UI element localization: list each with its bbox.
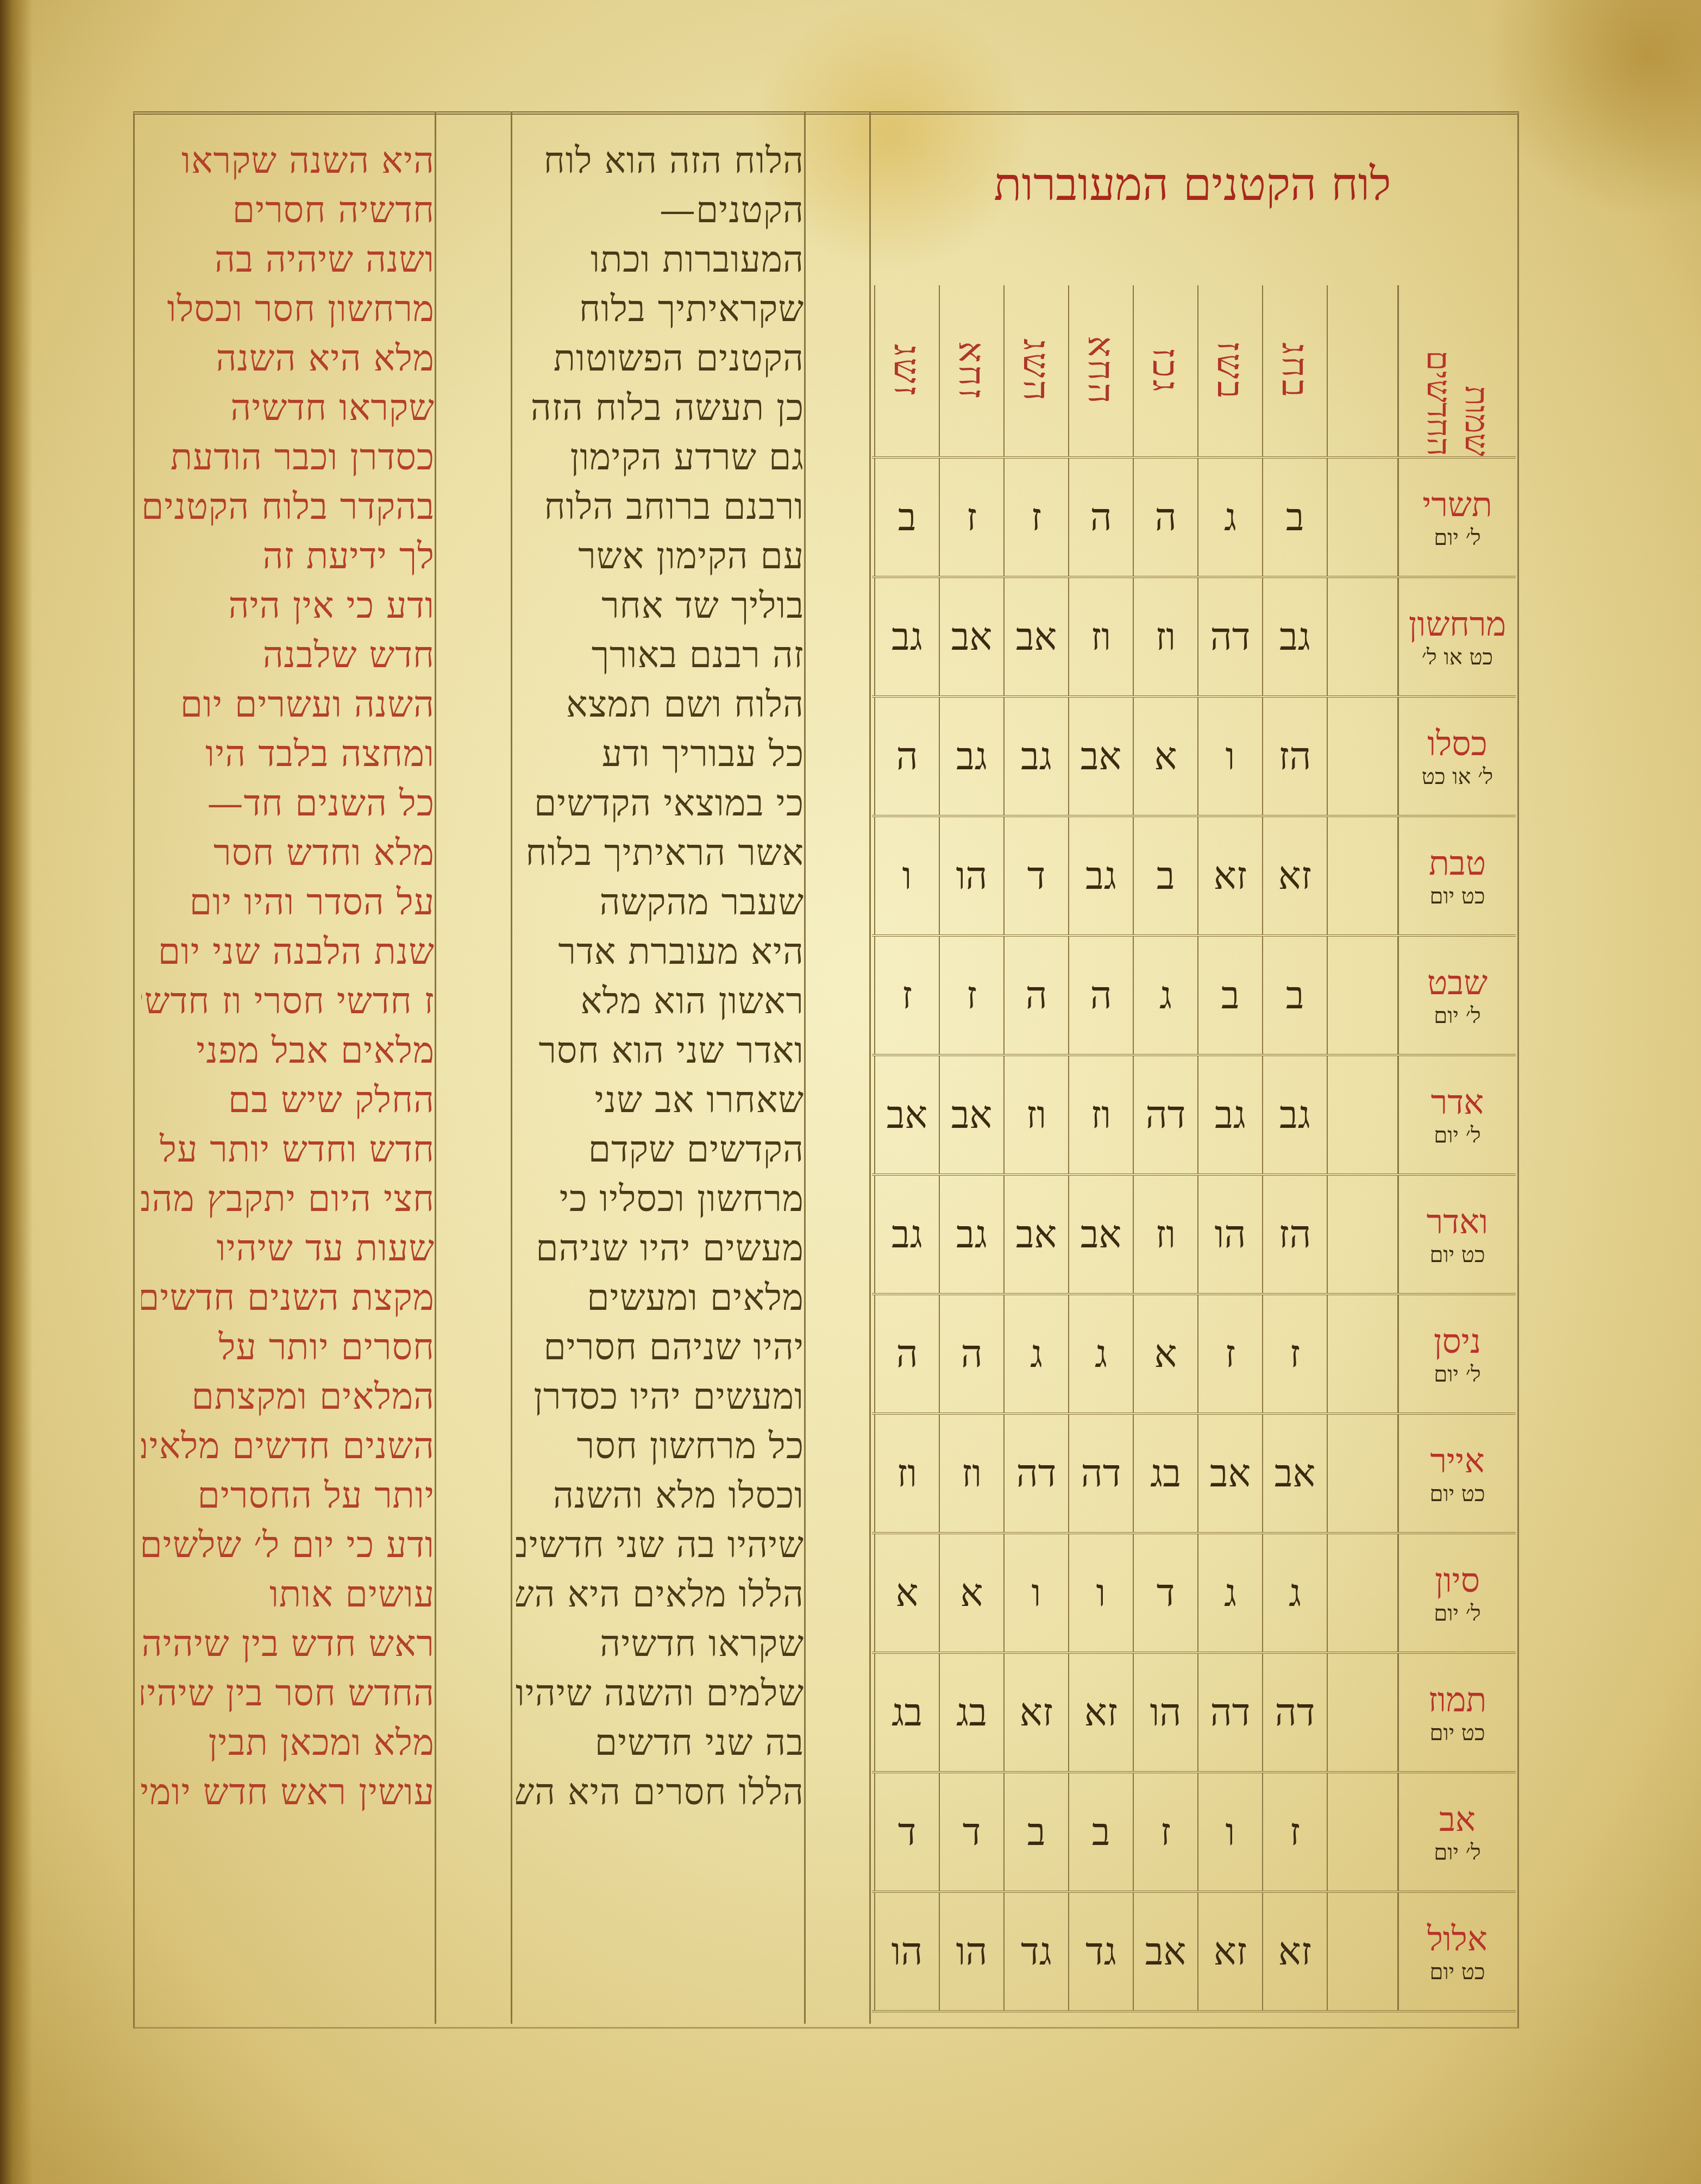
column-header: בחג: [1262, 285, 1327, 456]
text-line: חסרים יותר על: [141, 1322, 435, 1372]
text-line: לך ידיעת זה: [141, 531, 435, 581]
month-name: כסלו: [1427, 724, 1487, 764]
month-cell: תשריל׳ יום: [1397, 459, 1516, 576]
weekday-cell: ג: [1003, 1295, 1068, 1413]
text-line: מלא וחדש חסר: [141, 828, 435, 877]
weekday-cell: הו: [939, 817, 1003, 934]
table-row: טבתכט יוםזאזאבגבדהוו: [872, 817, 1516, 937]
text-line: עושין ראש חדש יומים: [141, 1767, 435, 1817]
weekday-cell: ג: [1133, 937, 1197, 1054]
text-line: ודע כי יום ל׳ שלשים: [141, 1520, 435, 1570]
text-line: כן תעשה בלוח הזה: [516, 383, 804, 432]
month-cell: סיוןל׳ יום: [1397, 1534, 1516, 1652]
weekday-cell: א: [874, 1534, 939, 1652]
month-name: אדר: [1431, 1082, 1484, 1122]
weekday-cell: ו: [1068, 1534, 1133, 1652]
weekday-cell: וז: [1068, 1056, 1133, 1173]
text-line: שאחרו אב שני: [516, 1075, 804, 1125]
weekday-cell: דה: [1133, 1056, 1197, 1173]
weekday-cell: ד: [1133, 1534, 1197, 1652]
table-row: תשריל׳ יוםבגההזזב: [872, 459, 1516, 578]
month-name: טבת: [1429, 843, 1486, 883]
weekday-cell: ד: [1003, 817, 1068, 934]
month-length: כט יום: [1429, 883, 1485, 909]
text-line: מקצת השנים חדשים: [141, 1273, 435, 1322]
middle-text-column: הלוח הזה הוא לוחהקטנים—המעוברות וכתושקרא…: [516, 136, 804, 2048]
month-length: כט יום: [1429, 1481, 1485, 1507]
weekday-cell: הז: [1262, 1176, 1327, 1293]
weekday-cell: וז: [1003, 1056, 1068, 1173]
weekday-cell: בג: [939, 1654, 1003, 1771]
text-line: שלמים והשנה שיהיו: [516, 1668, 804, 1718]
text-line: חדשיה חסרים: [141, 185, 435, 235]
table-row: תמוזכט יוםדהדההוזאזאבגבג: [872, 1654, 1516, 1773]
weekday-cell: הו: [874, 1893, 939, 2010]
weekday-cell: הו: [1197, 1176, 1262, 1293]
column-header: גכז: [1133, 285, 1197, 456]
text-line: שקראו חדשיה: [141, 383, 435, 432]
text-line: עם הקימון אשר: [516, 531, 804, 581]
text-line: החדש חסר בין שיהיה: [141, 1668, 435, 1718]
weekday-cell: גב: [874, 1176, 939, 1293]
weekday-cell: דה: [1262, 1654, 1327, 1771]
month-cell: אבל׳ יום: [1397, 1773, 1516, 1891]
month-length: כט יום: [1429, 1242, 1485, 1267]
table-row: סיוןל׳ יוםגגדוואא: [872, 1534, 1516, 1654]
table-row: מרחשוןכט או ל׳גבדהוזוזאבאבגב: [872, 578, 1516, 698]
month-name: אלול: [1427, 1919, 1487, 1959]
table-row: ניסןל׳ יוםזזאגגהה: [872, 1295, 1516, 1415]
weekday-cell: ג: [1068, 1295, 1133, 1413]
weekday-cell: א: [1133, 1295, 1197, 1413]
table-header-row: שמות החדשים בחג בשז גכז החא השג זחא זשג: [872, 285, 1516, 459]
month-length: ל׳ יום: [1434, 1840, 1480, 1865]
text-line: הלוח הזה הוא לוח: [516, 136, 804, 185]
month-cell: ואדרכט יום: [1397, 1176, 1516, 1293]
text-line: הלוח ושם תמצא: [516, 680, 804, 729]
weekday-cell: ה: [1068, 937, 1133, 1054]
weekday-cell: ז: [1197, 1295, 1262, 1413]
weekday-cell: גב: [939, 698, 1003, 815]
blank-cell: [1327, 1056, 1397, 1173]
weekday-cell: גב: [874, 578, 939, 695]
text-line: ראשון הוא מלא: [516, 976, 804, 1026]
weekday-cell: ה: [874, 698, 939, 815]
text-line: מלא ומכאן תבין: [141, 1718, 435, 1767]
weekday-cell: ג: [1262, 1534, 1327, 1652]
weekday-cell: ד: [939, 1773, 1003, 1891]
text-line: מלא היא השנה: [141, 334, 435, 383]
text-line: חדש וחדש יותר על: [141, 1125, 435, 1174]
text-line: מלאים אבל מפני: [141, 1026, 435, 1075]
text-line: היא מעוברת אדר: [516, 927, 804, 976]
column-header: בשז: [1197, 285, 1262, 456]
text-line: שעות עד שיהיו: [141, 1223, 435, 1273]
text-line: השנה ועשרים יום: [141, 680, 435, 729]
weekday-cell: ב: [874, 459, 939, 576]
text-line: הללו מלאים היא השנה: [516, 1570, 804, 1619]
text-line: ראש חדש בין שיהיה: [141, 1619, 435, 1668]
weekday-cell: אב: [1197, 1415, 1262, 1532]
blank-cell: [1327, 1415, 1397, 1532]
weekday-cell: גב: [1003, 698, 1068, 815]
text-line: זה רבנם באורך: [516, 630, 804, 680]
weekday-cell: גב: [1197, 1056, 1262, 1173]
table-row: כסלול׳ או כטהזואאבגבגבה: [872, 698, 1516, 817]
weekday-cell: ב: [1197, 937, 1262, 1054]
month-cell: איירכט יום: [1397, 1415, 1516, 1532]
blank-cell: [1327, 1176, 1397, 1293]
weekday-cell: ו: [874, 817, 939, 934]
weekday-cell: גד: [1003, 1893, 1068, 2010]
blank-cell: [1327, 1773, 1397, 1891]
month-length: ל׳ יום: [1434, 1003, 1480, 1028]
weekday-cell: ב: [1068, 1773, 1133, 1891]
table-body: תשריל׳ יוםבגההזזבמרחשוןכט או ל׳גבדהוזוזא…: [872, 459, 1516, 2012]
month-length: ל׳ יום: [1434, 1601, 1480, 1626]
blank-cell: [1327, 1534, 1397, 1652]
text-line: עושים אותו: [141, 1570, 435, 1619]
weekday-cell: אב: [1068, 698, 1133, 815]
text-line: בוליך שד אחר: [516, 581, 804, 630]
weekday-cell: אב: [1262, 1415, 1327, 1532]
column-rule: [511, 111, 512, 2024]
month-name: תמוז: [1428, 1680, 1487, 1720]
weekday-cell: ז: [1262, 1295, 1327, 1413]
weekday-cell: הז: [1262, 698, 1327, 815]
text-line: יותר על החסרים: [141, 1471, 435, 1520]
text-line: שיהיו בה שני חדשים: [516, 1520, 804, 1570]
blank-column: [1327, 285, 1397, 456]
weekday-cell: ג: [1197, 1534, 1262, 1652]
text-line: כל השנים חד—: [141, 779, 435, 828]
table-row: אדרל׳ יוםגבגבדהוזוזאבאב: [872, 1056, 1516, 1176]
leap-year-table: שמות החדשים בחג בשז גכז החא השג זחא זשג …: [872, 285, 1516, 2012]
month-cell: מרחשוןכט או ל׳: [1397, 578, 1516, 695]
weekday-cell: אב: [939, 1056, 1003, 1173]
month-length: ל׳ יום: [1434, 1361, 1480, 1387]
weekday-cell: ד: [874, 1773, 939, 1891]
weekday-cell: אב: [1133, 1893, 1197, 2010]
text-line: כסדרן וכבר הודעת: [141, 432, 435, 482]
weekday-cell: ו: [1003, 1534, 1068, 1652]
month-cell: כסלול׳ או כט: [1397, 698, 1516, 815]
left-text-column: היא השנה שקראוחדשיה חסריםושנה שיהיה בהמר…: [141, 136, 435, 2048]
text-line: השנים חדשים מלאים: [141, 1421, 435, 1471]
weekday-cell: דה: [1197, 1654, 1262, 1771]
month-length: כט או ל׳: [1422, 644, 1493, 670]
weekday-cell: וז: [1133, 1176, 1197, 1293]
month-name: תשרי: [1422, 485, 1492, 525]
text-line: אשר הראיתיך בלוח: [516, 828, 804, 877]
text-line: היא השנה שקראו: [141, 136, 435, 185]
blank-cell: [1327, 578, 1397, 695]
weekday-cell: ה: [874, 1295, 939, 1413]
text-line: כל עבוריך ודע: [516, 729, 804, 779]
weekday-cell: גב: [1262, 1056, 1327, 1173]
month-name: ואדר: [1427, 1202, 1488, 1242]
blank-cell: [1327, 817, 1397, 934]
weekday-cell: ב: [1262, 937, 1327, 1054]
text-line: הקטנים—: [516, 185, 804, 235]
month-name: אב: [1439, 1799, 1476, 1840]
weekday-cell: ב: [1003, 1773, 1068, 1891]
month-cell: אדרל׳ יום: [1397, 1056, 1516, 1173]
weekday-cell: ז: [1003, 459, 1068, 576]
table-row: אבל׳ יוםזוזבבדד: [872, 1773, 1516, 1893]
month-cell: טבתכט יום: [1397, 817, 1516, 934]
column-rule: [869, 111, 871, 2024]
weekday-cell: זא: [1197, 1893, 1262, 2010]
weekday-cell: ה: [939, 1295, 1003, 1413]
weekday-cell: ז: [939, 937, 1003, 1054]
text-line: שעבר מהקשה: [516, 877, 804, 927]
weekday-cell: ז: [1133, 1773, 1197, 1891]
weekday-cell: ז: [1262, 1773, 1327, 1891]
table-row: שבטל׳ יוםבבגההזז: [872, 937, 1516, 1056]
weekday-cell: דה: [1068, 1415, 1133, 1532]
weekday-cell: גב: [939, 1176, 1003, 1293]
text-line: המעוברות וכתו: [516, 235, 804, 284]
text-line: חצי היום יתקבץ מהם: [141, 1174, 435, 1223]
month-name: שבט: [1427, 963, 1487, 1003]
blank-cell: [1327, 1654, 1397, 1771]
month-cell: תמוזכט יום: [1397, 1654, 1516, 1771]
weekday-cell: וז: [1133, 578, 1197, 695]
month-name: ניסן: [1434, 1321, 1482, 1361]
weekday-cell: ב: [1133, 817, 1197, 934]
weekday-cell: א: [939, 1534, 1003, 1652]
month-name: סיון: [1435, 1560, 1480, 1601]
weekday-cell: הו: [1133, 1654, 1197, 1771]
weekday-cell: וז: [1068, 578, 1133, 695]
text-line: ז חדשי חסרי וז חדשי: [141, 976, 435, 1026]
text-line: מעשים יהיו שניהם: [516, 1223, 804, 1273]
weekday-cell: גד: [1068, 1893, 1133, 2010]
column-header: זחא: [939, 285, 1003, 456]
text-line: ומחצה בלבד היו: [141, 729, 435, 779]
month-name: מרחשון: [1409, 604, 1506, 644]
text-line: כי במוצאי הקדשים: [516, 779, 804, 828]
month-length: כט יום: [1429, 1720, 1485, 1746]
weekday-cell: אב: [874, 1056, 939, 1173]
month-cell: שבטל׳ יום: [1397, 937, 1516, 1054]
column-rule: [804, 111, 806, 2024]
month-name: אייר: [1430, 1441, 1484, 1481]
text-line: ושנה שיהיה בה: [141, 235, 435, 284]
text-line: מרחשון חסר וכסלו: [141, 284, 435, 334]
blank-cell: [1327, 1295, 1397, 1413]
month-length: ל׳ יום: [1434, 525, 1480, 550]
weekday-cell: זא: [1197, 817, 1262, 934]
weekday-cell: ה: [1068, 459, 1133, 576]
text-line: ומעשים יהיו כסדרן: [516, 1372, 804, 1421]
weekday-cell: ו: [1197, 1773, 1262, 1891]
weekday-cell: ג: [1197, 459, 1262, 576]
text-line: בה שני חדשים: [516, 1718, 804, 1767]
text-line: שקראיתיך בלוח: [516, 284, 804, 334]
weekday-cell: א: [1133, 698, 1197, 815]
weekday-cell: אב: [1003, 578, 1068, 695]
weekday-cell: אב: [939, 578, 1003, 695]
weekday-cell: זא: [1262, 817, 1327, 934]
weekday-cell: זא: [1003, 1654, 1068, 1771]
text-line: הקטנים הפשוטות: [516, 334, 804, 383]
text-line: בהקדר בלוח הקטנים: [141, 482, 435, 531]
blank-cell: [1327, 459, 1397, 576]
weekday-cell: גב: [1262, 578, 1327, 695]
weekday-cell: אב: [1068, 1176, 1133, 1293]
weekday-cell: ה: [1003, 937, 1068, 1054]
text-line: החלק שיש בם: [141, 1075, 435, 1125]
table-row: ואדרכט יוםהזהווזאבאבגבגב: [872, 1176, 1516, 1295]
month-length: כט יום: [1429, 1959, 1485, 1985]
text-line: חדש שלבנה: [141, 630, 435, 680]
text-line: גם שרדע הקימון: [516, 432, 804, 482]
weekday-cell: דה: [1197, 578, 1262, 695]
column-header: זשג: [874, 285, 939, 456]
weekday-cell: הו: [939, 1893, 1003, 2010]
weekday-cell: בג: [1133, 1415, 1197, 1532]
column-header: השג: [1003, 285, 1068, 456]
weekday-cell: ז: [939, 459, 1003, 576]
column-header: החא: [1068, 285, 1133, 456]
text-line: יהיו שניהם חסרים: [516, 1322, 804, 1372]
month-length: ל׳ או כט: [1422, 764, 1493, 789]
table-row: איירכט יוםאבאבבגדהדהוזוז: [872, 1415, 1516, 1534]
blank-cell: [1327, 1893, 1397, 2010]
text-line: כל מרחשון חסר: [516, 1421, 804, 1471]
text-line: הללו חסרים היא השנה: [516, 1767, 804, 1817]
text-line: הקדשים שקדם: [516, 1125, 804, 1174]
weekday-cell: דה: [1003, 1415, 1068, 1532]
text-line: שקראו חדשיה: [516, 1619, 804, 1668]
month-length: ל׳ יום: [1434, 1122, 1480, 1148]
column-rule: [435, 111, 436, 2024]
text-line: וכסלו מלא והשנה: [516, 1471, 804, 1520]
weekday-cell: וז: [939, 1415, 1003, 1532]
text-line: המלאים ומקצתם: [141, 1372, 435, 1421]
month-cell: אלולכט יום: [1397, 1893, 1516, 2010]
weekday-cell: זא: [1068, 1654, 1133, 1771]
weekday-cell: אב: [1003, 1176, 1068, 1293]
weekday-cell: וז: [874, 1415, 939, 1532]
text-line: ואדר שני הוא חסר: [516, 1026, 804, 1075]
weekday-cell: גב: [1068, 817, 1133, 934]
weekday-cell: ב: [1262, 459, 1327, 576]
text-line: מרחשון וכסליו כי: [516, 1174, 804, 1223]
weekday-cell: זא: [1262, 1893, 1327, 2010]
text-line: ורבנם ברוחב הלוח: [516, 482, 804, 531]
blank-cell: [1327, 698, 1397, 815]
text-line: ודע כי אין היה: [141, 581, 435, 630]
month-column-header: שמות החדשים: [1397, 285, 1516, 456]
text-line: על הסדר והיו יום: [141, 877, 435, 927]
weekday-cell: ז: [874, 937, 939, 1054]
table-row: אלולכט יוםזאזאאבגדגדהוהו: [872, 1893, 1516, 2012]
weekday-cell: בג: [874, 1654, 939, 1771]
weekday-cell: ה: [1133, 459, 1197, 576]
blank-cell: [1327, 937, 1397, 1054]
table-title: לוח הקטנים המעוברות: [880, 158, 1505, 211]
month-cell: ניסןל׳ יום: [1397, 1295, 1516, 1413]
weekday-cell: ו: [1197, 698, 1262, 815]
page-edge-shadow: [0, 0, 33, 2184]
text-line: מלאים ומעשים: [516, 1273, 804, 1322]
text-line: שנת הלבנה שני יום: [141, 927, 435, 976]
